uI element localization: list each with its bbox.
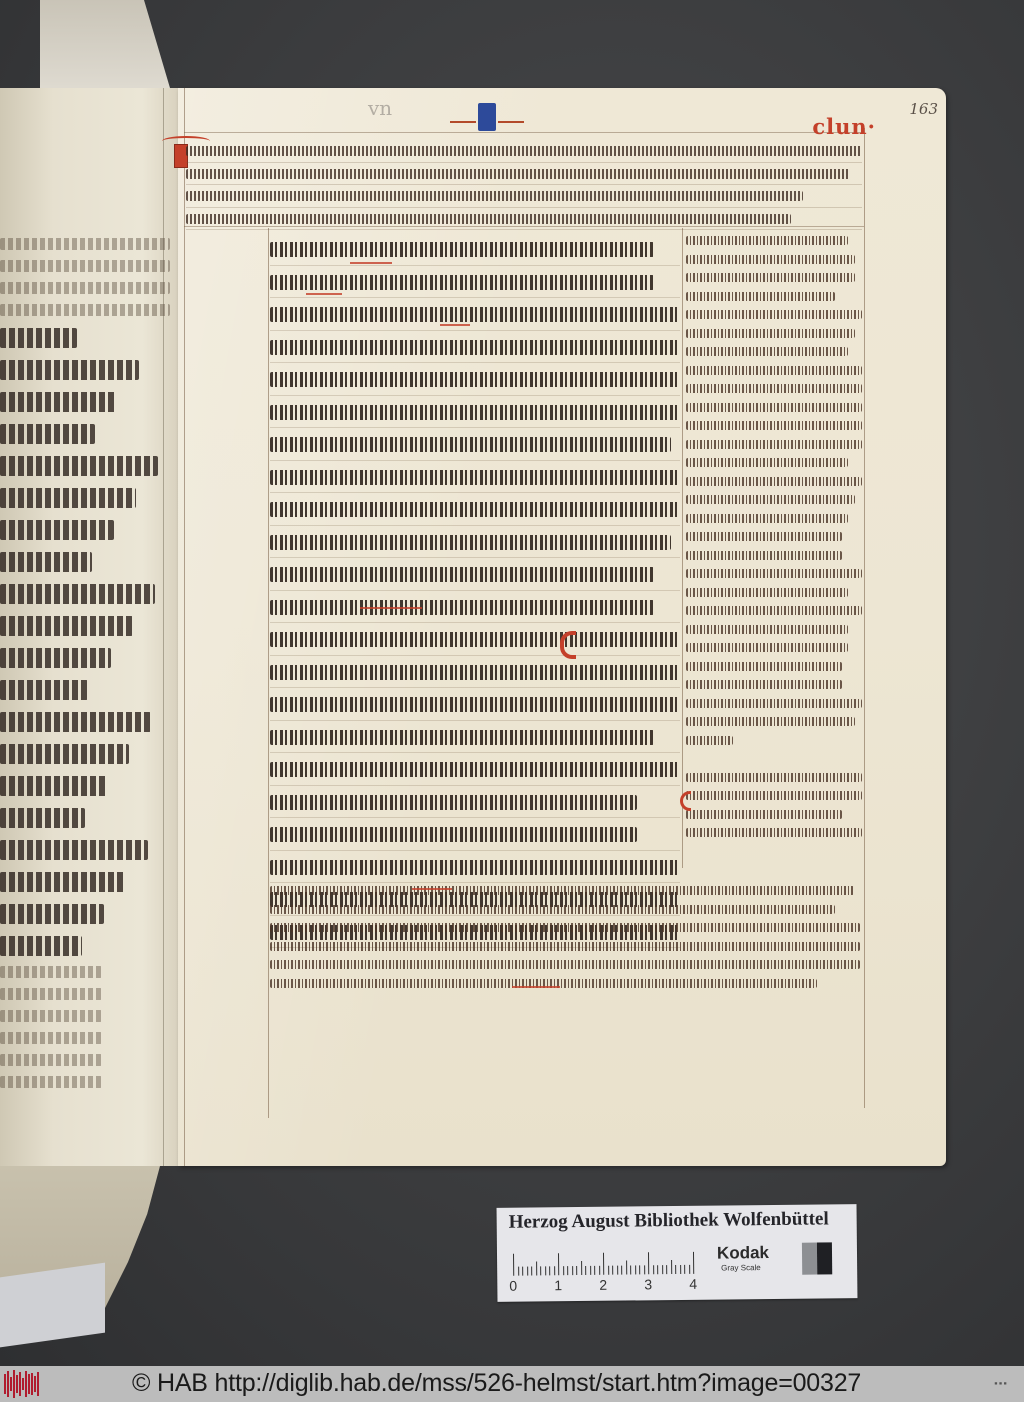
verso-text-line: [0, 648, 111, 668]
manuscript-line: [686, 434, 862, 453]
ruler-tick: [693, 1252, 694, 1274]
corner-mark: ▪▪▪: [994, 1380, 1008, 1387]
ruler-number: 2: [599, 1277, 607, 1293]
rubric-underline: [306, 293, 342, 295]
manuscript-line: [686, 711, 862, 730]
ruler-tick: [639, 1265, 640, 1274]
manuscript-line: [686, 452, 862, 471]
manuscript-line: [270, 558, 680, 591]
verso-calibration-card-fragment: [0, 1263, 105, 1348]
verso-text-line: [0, 680, 88, 700]
verso-text-line: [0, 936, 82, 956]
manuscript-line: [270, 493, 680, 526]
manuscript-line: [686, 822, 862, 841]
manuscript-line: [686, 730, 862, 749]
hab-logo-icon[interactable]: [4, 1370, 46, 1398]
manuscript-line: [686, 508, 862, 527]
ruling-left-inner: [268, 228, 269, 1118]
manuscript-line: [270, 954, 860, 973]
rubric-underline: [360, 607, 422, 609]
scale-ruler: [513, 1252, 698, 1276]
verso-gloss-line: [0, 238, 170, 250]
verso-text-line: [0, 872, 126, 892]
copyright-url[interactable]: © HAB http://diglib.hab.de/mss/526-helms…: [132, 1369, 861, 1398]
ruler-tick: [563, 1266, 564, 1275]
manuscript-line: [686, 360, 862, 379]
folio-number-arabic: 163: [909, 100, 938, 118]
verso-gloss-line: [0, 966, 102, 978]
ruler-tick: [594, 1266, 595, 1275]
verso-gloss-line: [0, 988, 102, 1000]
manuscript-line: [686, 582, 862, 601]
verso-text-line: [0, 840, 148, 860]
manuscript-line: [686, 600, 862, 619]
manuscript-line: [686, 637, 862, 656]
manuscript-line: [686, 674, 862, 693]
manuscript-line: [270, 936, 860, 955]
ruler-tick: [608, 1266, 609, 1275]
ruler-tick: [675, 1265, 676, 1274]
library-name: Herzog August Bibliothek Wolfenbüttel: [509, 1208, 829, 1233]
manuscript-line: [270, 526, 680, 559]
rubric-underline: [350, 262, 392, 264]
ruler-number: 0: [509, 1278, 517, 1294]
verso-text-line: [0, 904, 104, 924]
viewer-footer: © HAB http://diglib.hab.de/mss/526-helms…: [0, 1366, 1024, 1402]
ruler-tick: [612, 1266, 613, 1275]
ruling-left-outer: [184, 88, 185, 1166]
running-head-initial-icon: [478, 103, 496, 131]
verso-text-line: [0, 808, 85, 828]
verso-page: [0, 88, 178, 1166]
manuscript-line: [686, 304, 862, 323]
ruler-tick: [666, 1265, 667, 1274]
verso-gloss-line: [0, 1032, 102, 1044]
manuscript-line: [270, 973, 860, 992]
manuscript-line: [686, 341, 862, 360]
ruler-tick: [590, 1266, 591, 1275]
gray-scale-swatch: [802, 1242, 832, 1274]
manuscript-line: [686, 323, 862, 342]
verso-gloss-line: [0, 1054, 102, 1066]
main-text-block: [270, 233, 680, 948]
manuscript-line: [270, 461, 680, 494]
verso-gloss-line: [0, 282, 170, 294]
ruling-top: [184, 132, 864, 133]
gutter-rule: [163, 88, 164, 1166]
manuscript-line: [270, 298, 680, 331]
manuscript-line: [686, 526, 862, 545]
top-gloss-block: [186, 140, 862, 230]
ruler-tick: [549, 1266, 550, 1275]
manuscript-line: [270, 851, 680, 884]
rubric-underline: [412, 888, 452, 890]
verso-gloss-line: [0, 1010, 102, 1022]
ruler-tick: [540, 1266, 541, 1275]
manuscript-line: [270, 656, 680, 689]
manuscript-line: [686, 489, 862, 508]
verso-text-line: [0, 424, 95, 444]
manuscript-line: [270, 721, 680, 754]
brand-sub-label: Gray Scale: [721, 1263, 761, 1272]
ruler-tick: [554, 1266, 555, 1275]
ruler-tick: [653, 1265, 654, 1274]
manuscript-line: [270, 331, 680, 364]
manuscript-line: [686, 693, 862, 712]
ruling-right: [864, 128, 865, 1108]
verso-text-line: [0, 552, 92, 572]
ruling-column-divider: [682, 228, 683, 868]
verso-text-line: [0, 360, 139, 380]
ruler-tick: [648, 1252, 649, 1274]
ruler-number: 3: [644, 1276, 652, 1292]
verso-text-line: [0, 392, 117, 412]
verso-gloss-line: [0, 260, 170, 272]
manuscript-line: [186, 185, 862, 208]
ruler-tick: [572, 1266, 573, 1275]
ruler-number: 1: [554, 1277, 562, 1293]
ruler-tick: [518, 1267, 519, 1276]
ruler-tick: [671, 1260, 672, 1274]
ruler-tick: [684, 1265, 685, 1274]
verso-text-line: [0, 744, 129, 764]
manuscript-line: [186, 140, 862, 163]
verso-text-line: [0, 712, 151, 732]
ruler-tick: [657, 1265, 658, 1274]
ruler-number: 4: [689, 1276, 697, 1292]
verso-text-line: [0, 616, 133, 636]
ruler-tick: [680, 1265, 681, 1274]
manuscript-line: [686, 249, 862, 268]
manuscript-line: [270, 396, 680, 429]
manuscript-line: [270, 917, 860, 936]
manuscript-line: [270, 899, 860, 918]
manuscript-line: [270, 363, 680, 396]
verso-text-line: [0, 488, 136, 508]
verso-text-line: [0, 520, 114, 540]
manuscript-line: [686, 378, 862, 397]
ruler-tick: [536, 1261, 537, 1275]
manuscript-line: [686, 415, 862, 434]
ruler-tick: [621, 1266, 622, 1275]
ruler-tick: [630, 1265, 631, 1274]
ruler-tick: [635, 1265, 636, 1274]
manuscript-line: [686, 563, 862, 582]
verso-text-line: [0, 776, 107, 796]
ruler-tick: [522, 1267, 523, 1276]
verso-text-line: [0, 584, 155, 604]
manuscript-line: [270, 818, 680, 851]
verso-text-block: [0, 228, 170, 1088]
manuscript-line: [686, 286, 862, 305]
ruler-tick: [581, 1261, 582, 1275]
manuscript-line: [686, 471, 862, 490]
paragraph-mark-icon: [560, 631, 576, 659]
ruler-tick: [662, 1265, 663, 1274]
folio-number-roman: clun·: [812, 114, 876, 139]
calibration-card: Herzog August Bibliothek Wolfenbüttel 01…: [497, 1204, 858, 1302]
manuscript-line: [270, 880, 860, 899]
ruler-tick: [689, 1265, 690, 1274]
brand-label: Kodak: [717, 1243, 769, 1264]
manuscript-line: [686, 267, 862, 286]
manuscript-line: [686, 804, 862, 823]
manuscript-line: [270, 428, 680, 461]
manuscript-line: [270, 233, 680, 266]
ruler-tick: [599, 1266, 600, 1275]
verso-text-line: [0, 328, 77, 348]
ruler-tick: [527, 1267, 528, 1276]
manuscript-line: [270, 786, 680, 819]
manuscript-line: [686, 619, 862, 638]
manuscript-line: [270, 591, 680, 624]
manuscript-line: [270, 753, 680, 786]
rubric-underline: [440, 324, 470, 326]
ruler-tick: [567, 1266, 568, 1275]
rubric-underline: [512, 986, 560, 988]
manuscript-line: [686, 545, 862, 564]
side-gloss-block: [686, 230, 862, 841]
ruler-tick: [644, 1265, 645, 1274]
manuscript-line: [686, 397, 862, 416]
ruler-tick: [545, 1266, 546, 1275]
ruler-tick: [585, 1266, 586, 1275]
manuscript-line: [270, 688, 680, 721]
ruler-tick: [513, 1254, 514, 1276]
manuscript-line: [686, 767, 862, 786]
quire-mark: vn: [368, 96, 392, 120]
ruler-tick: [626, 1261, 627, 1275]
bottom-gloss-block: [270, 880, 860, 991]
manuscript-line: [686, 656, 862, 675]
ruler-tick: [603, 1253, 604, 1275]
verso-gloss-line: [0, 1076, 102, 1088]
ruler-tick: [576, 1266, 577, 1275]
manuscript-line: [270, 623, 680, 656]
manuscript-line: [686, 785, 862, 804]
recto-page: vn clun· 163: [178, 88, 946, 1166]
verso-gloss-line: [0, 304, 170, 316]
manuscript-line: [186, 163, 862, 186]
manuscript-line: [686, 748, 862, 767]
manuscript-line: [686, 230, 862, 249]
manuscript-line: [186, 208, 862, 231]
ruler-tick: [617, 1266, 618, 1275]
ruler-tick: [531, 1267, 532, 1276]
verso-text-line: [0, 456, 158, 476]
ruler-tick: [558, 1253, 559, 1275]
